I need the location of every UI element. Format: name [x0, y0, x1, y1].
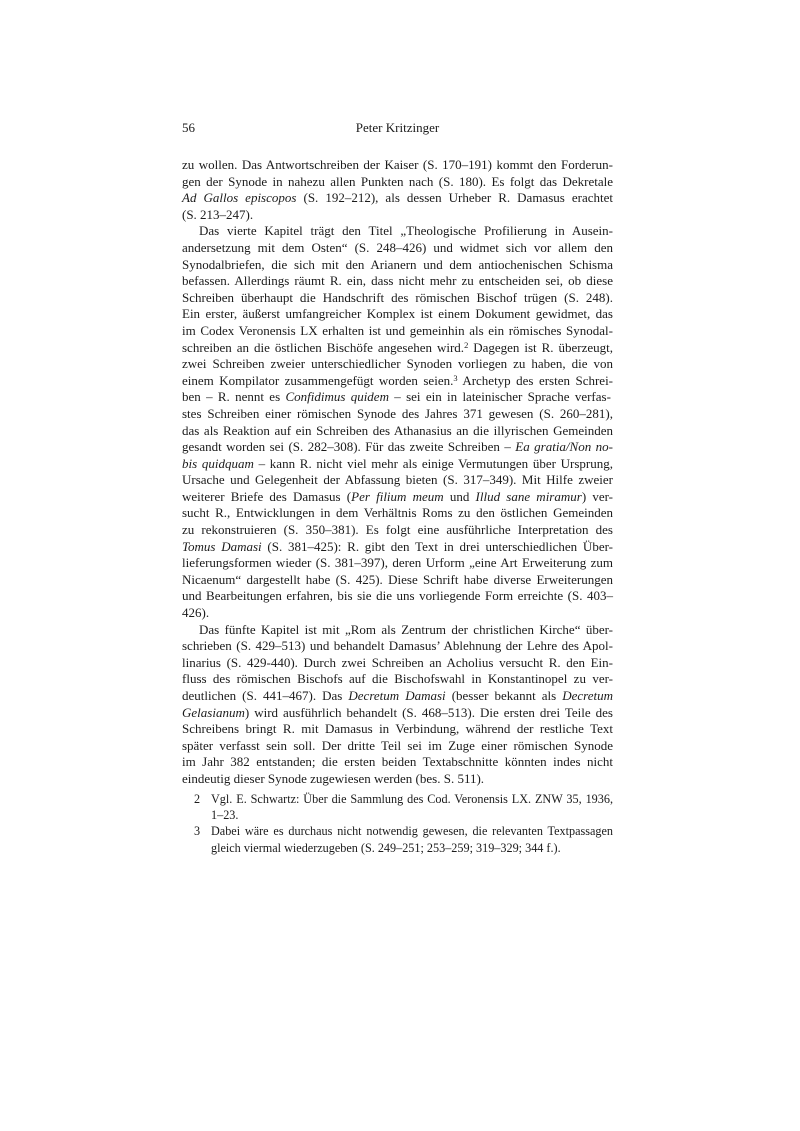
text-line: Ad Gallos episcopos (S. 192–212), als de… — [182, 190, 613, 207]
footnote-number: 3 — [194, 823, 200, 839]
footnote-marker: 3 — [453, 373, 457, 383]
text-line: zwei Schreiben zweier unterschiedlicher … — [182, 356, 613, 373]
text-line: Gelasianum) wird ausführlich behandelt (… — [182, 705, 613, 722]
document-page: 56 Peter Kritzinger zu wollen. Das Antwo… — [0, 0, 800, 1131]
paragraph: zu wollen. Das Antwortschreiben der Kais… — [182, 157, 613, 223]
text-line: Synodalbriefen, die sich mit den Arianer… — [182, 257, 613, 274]
footnote: Vgl. E. Schwartz: Über die Sammlung des … — [182, 791, 613, 823]
text-line: Das fünfte Kapitel ist mit „Rom als Zent… — [182, 622, 613, 639]
text-line: (S. 213–247). — [182, 207, 613, 224]
text-line: stes Schreiben einer römischen Synode de… — [182, 406, 613, 423]
text-line: befassen. Allerdings räumt R. ein, dass … — [182, 273, 613, 290]
footnote: Dabei wäre es durchaus nicht notwendig g… — [182, 823, 613, 855]
text-line: später verfasst sein soll. Der dritte Te… — [182, 738, 613, 755]
text-line: Vgl. E. Schwartz: Über die Sammlung des … — [182, 791, 613, 807]
text-line: lieferungsformen wieder (S. 381–397), de… — [182, 555, 613, 572]
text-line: 426). — [182, 605, 613, 622]
text-line: eindeutig dieser Synode zugewiesen werde… — [182, 771, 613, 788]
text-line: schreiben an die östlichen Bischöfe ange… — [182, 340, 613, 357]
text-line: zu rekonstruieren (S. 350–381). Es folgt… — [182, 522, 613, 539]
text-line: Das vierte Kapitel trägt den Titel „Theo… — [182, 223, 613, 240]
footnotes: Vgl. E. Schwartz: Über die Sammlung des … — [182, 791, 613, 856]
text-line: weiterer Briefe des Damasus (Per filium … — [182, 489, 613, 506]
paragraph: Das fünfte Kapitel ist mit „Rom als Zent… — [182, 622, 613, 788]
text-line: Schreiben überhaupt die Handschrift des … — [182, 290, 613, 307]
text-line: ben – R. nennt es Confidimus quidem – se… — [182, 389, 613, 406]
footnote-marker: 2 — [464, 340, 468, 350]
body-text: zu wollen. Das Antwortschreiben der Kais… — [182, 157, 613, 788]
text-line: sucht R., Entwicklungen in dem Verhältni… — [182, 505, 613, 522]
text-line: gesandt worden sei (S. 282–308). Für das… — [182, 439, 613, 456]
text-line: Nicaenum“ dargestellt habe (S. 425). Die… — [182, 572, 613, 589]
page-number: 56 — [182, 119, 195, 136]
text-line: gen der Synode in nahezu allen Punkten n… — [182, 174, 613, 191]
footnote-number: 2 — [194, 791, 200, 807]
text-line: Dabei wäre es durchaus nicht notwendig g… — [182, 823, 613, 839]
text-line: zu wollen. Das Antwortschreiben der Kais… — [182, 157, 613, 174]
text-line: andersetzung mit dem Osten“ (S. 248–426)… — [182, 240, 613, 257]
text-line: Ursache und Gelegenheit der Abfassung bi… — [182, 472, 613, 489]
page-header: 56 Peter Kritzinger — [182, 119, 613, 136]
text-line: schrieben (S. 429–513) und behandelt Dam… — [182, 638, 613, 655]
text-line: Schreibens bringt R. mit Damasus in Verb… — [182, 721, 613, 738]
text-line: im Jahr 382 entstanden; die ersten beide… — [182, 754, 613, 771]
text-line: das als Reaktion auf ein Schreiben des A… — [182, 423, 613, 440]
text-line: 1–23. — [182, 807, 613, 823]
text-line: Tomus Damasi (S. 381–425): R. gibt den T… — [182, 539, 613, 556]
paragraph: Das vierte Kapitel trägt den Titel „Theo… — [182, 223, 613, 621]
text-line: einem Kompilator zusammengefügt worden s… — [182, 373, 613, 390]
text-line: linarius (S. 429-440). Durch zwei Schrei… — [182, 655, 613, 672]
text-line: deutlichen (S. 441–467). Das Decretum Da… — [182, 688, 613, 705]
text-line: gleich viermal wiederzugeben (S. 249–251… — [182, 840, 613, 856]
text-line: im Codex Veronensis LX erhalten ist und … — [182, 323, 613, 340]
text-line: fluss des römischen Bischofs auf die Bis… — [182, 671, 613, 688]
text-line: Ein erster, äußerst umfangreicher Komple… — [182, 306, 613, 323]
text-line: bis quidquam – kann R. nicht viel mehr a… — [182, 456, 613, 473]
text-line: und Bearbeitungen erfahren, bis sie die … — [182, 588, 613, 605]
running-header: Peter Kritzinger — [182, 119, 613, 136]
